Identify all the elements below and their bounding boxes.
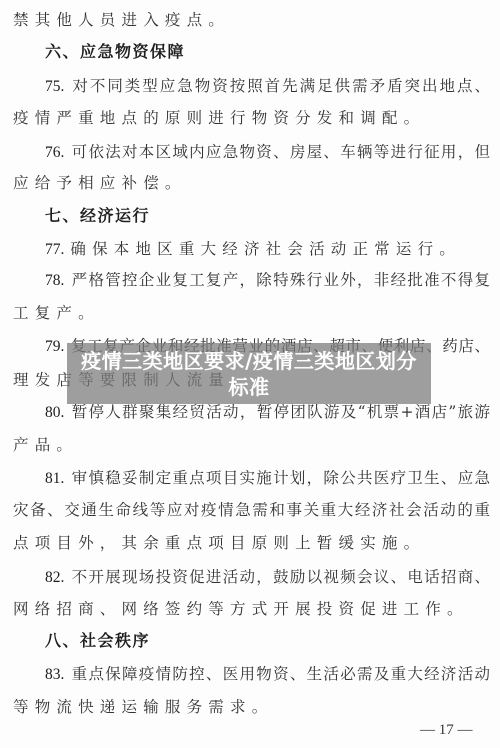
paragraph-text: 不开展现场投资促进活动，鼓励以视频会议、电话招商、 <box>70 568 490 586</box>
paragraph-78-line-1: 78.严格管控企业复工复产，除特殊行业外，非经批准不得复 <box>45 269 490 291</box>
paragraph-78-line-2: 工复产。 <box>13 302 100 324</box>
paragraph-82-line-1: 82.不开展现场投资促进活动，鼓励以视频会议、电话招商、 <box>45 566 490 588</box>
item-number: 76. <box>45 144 64 161</box>
paragraph-76-line-1: 76.可依法对本区域内应急物资、房屋、车辆等进行征用，但 <box>45 141 490 163</box>
title-overlay-banner: 疫情三类地区要求/疫情三类地区划分标准 <box>67 343 431 404</box>
paragraph-81-line-2: 灾备、交通生命线等应对疫情急需和事关重大经济社会活动的重 <box>13 499 490 521</box>
item-number: 75. <box>45 78 64 95</box>
paragraph-81-line-3: 点项目外，其余重点项目原则上暂缓实施。 <box>13 532 425 554</box>
paragraph-text: 审慎稳妥制定重点项目实施计划，除公共医疗卫生、应急 <box>70 469 490 487</box>
text-line: 禁其他人员进入疫点。 <box>13 9 230 31</box>
paragraph-83-line-1: 83.重点保障疫情防控、医用物资、生活必需及重大经济活动 <box>45 663 490 685</box>
item-number: 78. <box>45 272 64 289</box>
paragraph-81-line-1: 81.审慎稳妥制定重点项目实施计划，除公共医疗卫生、应急 <box>45 467 490 489</box>
section-heading-social-order: 八、社会秩序 <box>45 630 150 652</box>
item-number: 77. <box>45 241 64 258</box>
paragraph-text: 暂停人群聚集经贸活动，暂停团队游及“机票+酒店”旅游 <box>70 403 490 421</box>
paragraph-75-line-2: 疫情严重地点的原则进行物资分发和调配。 <box>13 107 425 129</box>
paragraph-77: 77.确保本地区重大经济社会活动正常运行。 <box>45 238 461 260</box>
paragraph-82-line-2: 网络招商、网络签约等方式开展投资促进工作。 <box>13 598 469 620</box>
paragraph-text: 重点保障疫情防控、医用物资、生活必需及重大经济活动 <box>70 665 490 683</box>
paragraph-text: 严格管控企业复工复产，除特殊行业外，非经批准不得复 <box>70 271 490 289</box>
overlay-title: 疫情三类地区要求/疫情三类地区划分标准 <box>79 348 419 400</box>
paragraph-80-line-1: 80.暂停人群聚集经贸活动，暂停团队游及“机票+酒店”旅游 <box>45 401 490 423</box>
item-number: 80. <box>45 404 64 421</box>
paragraph-76-line-2: 应给予相应补偿。 <box>13 172 187 194</box>
paragraph-text: 可依法对本区域内应急物资、房屋、车辆等进行征用，但 <box>70 143 490 161</box>
paragraph-text: 对不同类型应急物资按照首先满足供需矛盾突出地点、 <box>70 77 490 95</box>
document-page: 禁其他人员进入疫点。 六、应急物资保障 75.对不同类型应急物资按照首先满足供需… <box>0 0 500 748</box>
paragraph-text: 确保本地区重大经济社会活动正常运行。 <box>70 240 461 258</box>
section-heading-emergency-supplies: 六、应急物资保障 <box>45 41 185 63</box>
item-number: 81. <box>45 470 64 487</box>
page-number: — 17 — <box>420 720 473 740</box>
paragraph-83-line-2: 等物流快递运输服务需求。 <box>13 696 273 718</box>
paragraph-80-line-2: 产品。 <box>13 434 78 456</box>
item-number: 83. <box>45 666 64 683</box>
item-number: 79. <box>45 338 64 355</box>
item-number: 82. <box>45 569 64 586</box>
paragraph-75-line-1: 75.对不同类型应急物资按照首先满足供需矛盾突出地点、 <box>45 75 490 97</box>
section-heading-economic-operation: 七、经济运行 <box>45 205 150 227</box>
